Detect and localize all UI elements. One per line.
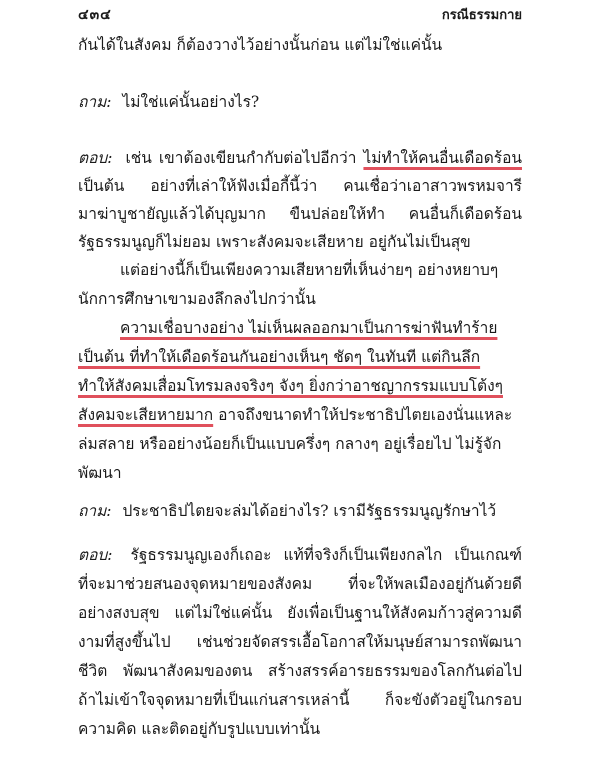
answer-1-line-3: มาฆ่าบูชายัญแล้วได้บุญมาก ขืนปล่อยให้ทำ …: [78, 200, 522, 228]
question-label: ถาม:: [78, 502, 112, 520]
paragraph-3-line-6: พัฒนา: [78, 459, 522, 487]
answer-2-line-3: อย่างสงบสุข แต่ไม่ใช่แค่นั้น ยังเพื่อเป็…: [78, 599, 522, 627]
paragraph-3-line-3: ทำให้สังคมเสื่อมโทรมลงจริงๆ จังๆ ยิ่งกว่…: [78, 372, 522, 400]
answer-2-line-4: งามที่สูงขึ้นไป เช่นช่วยจัดสรรเอื้อโอกาส…: [78, 628, 522, 656]
answer-text: รัฐธรรมนูญเองก็เถอะ แท้ที่จริงก็เป็นเพีย…: [131, 546, 522, 564]
paragraph-3-line-5: ล่มสลาย หรืออย่างน้อยก็เป็นแบบครึ่งๆ กลา…: [78, 430, 522, 458]
answer-text: เช่น เขาต้องเขียนกำกับต่อไปอีกว่า: [125, 149, 356, 167]
answer-2-line-5: ชีวิต พัฒนาสังคมของตน สร้างสรรค์อารยธรรม…: [78, 657, 522, 685]
paragraph-text: อาจถึงขนาดทำให้ประชาธิปไตยเองนั่นแหละ: [213, 406, 512, 424]
answer-2-line-2: ที่จะมาช่วยสนองจุดหมายของสังคม ที่จะให้พ…: [78, 570, 522, 598]
page-header: ๔๓๔ กรณีธรรมกาย: [78, 4, 522, 26]
highlighted-phrase: ทำให้สังคมเสื่อมโทรมลงจริงๆ จังๆ ยิ่งกว่…: [78, 377, 503, 395]
question-text: ไม่ใช่แค่นั้นอย่างไร?: [122, 93, 259, 111]
question-label: ถาม:: [78, 93, 112, 111]
paragraph-2-line-2: นักการศึกษาเขามองลึกลงไปกว่านั้น: [78, 285, 522, 313]
paragraph-2-line-1: แต่อย่างนี้ก็เป็นเพียงความเสียหายที่เห็น…: [78, 256, 522, 284]
highlighted-phrase: สังคมจะเสียหายมาก: [78, 406, 213, 424]
question-2: ถาม: ประชาธิปไตยจะล่มได้อย่างไร? เรามีรั…: [78, 497, 522, 525]
answer-1-line-4: รัฐธรรมนูญก็ไม่ยอม เพราะสังคมจะเสียหาย อ…: [78, 228, 522, 256]
document-page: ๔๓๔ กรณีธรรมกาย กันได้ในสังคม ก็ต้องวางไ…: [0, 0, 590, 763]
answer-1-line-1: ตอบ: เช่น เขาต้องเขียนกำกับต่อไปอีกว่า ไ…: [78, 144, 522, 172]
paragraph-3-line-2: เป็นต้น ที่ทำให้เดือดร้อนกันอย่างเห็นๆ ช…: [78, 343, 522, 371]
highlighted-phrase: ความเชื่อบางอย่าง ไม่เห็นผลออกมาเป็นการฆ…: [120, 319, 497, 337]
highlighted-phrase: เป็นต้น ที่ทำให้เดือดร้อนกันอย่างเห็นๆ ช…: [78, 348, 480, 366]
question-1: ถาม: ไม่ใช่แค่นั้นอย่างไร?: [78, 88, 522, 116]
question-text: ประชาธิปไตยจะล่มได้อย่างไร? เรามีรัฐธรรม…: [122, 502, 496, 520]
highlighted-phrase: ไม่ทำให้คนอื่นเดือดร้อน: [363, 149, 522, 167]
page-number: ๔๓๔: [78, 4, 112, 26]
running-title: กรณีธรรมกาย: [442, 4, 522, 25]
body-line: กันได้ในสังคม ก็ต้องวางไว้อย่างนั้นก่อน …: [78, 31, 522, 59]
answer-label: ตอบ:: [78, 149, 112, 167]
paragraph-3-line-1: ความเชื่อบางอย่าง ไม่เห็นผลออกมาเป็นการฆ…: [78, 314, 522, 342]
answer-2-line-6: ถ้าไม่เข้าใจจุดหมายที่เป็นแก่นสารเหล่านี…: [78, 686, 522, 714]
paragraph-3-line-4: สังคมจะเสียหายมาก อาจถึงขนาดทำให้ประชาธิ…: [78, 401, 522, 429]
answer-label: ตอบ:: [78, 546, 112, 564]
answer-2-line-1: ตอบ: รัฐธรรมนูญเองก็เถอะ แท้ที่จริงก็เป็…: [78, 541, 522, 569]
answer-1-line-2: เป็นต้น อย่างที่เล่าให้ฟังเมื่อกี้นี้ว่า…: [78, 172, 522, 200]
answer-2-line-7: ความคิด และติดอยู่กับรูปแบบเท่านั้น: [78, 715, 522, 743]
